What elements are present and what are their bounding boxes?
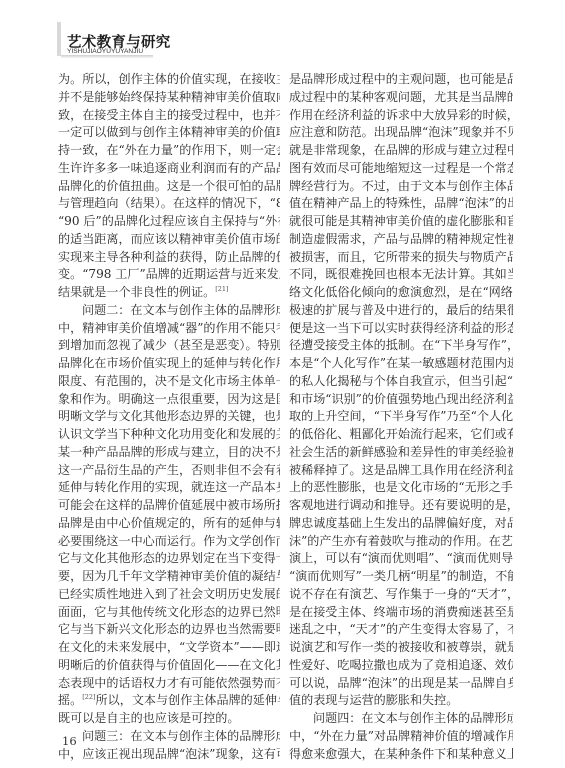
text-line: 认识文学当下种种文化功用变化和发展的关键。: [58, 426, 280, 444]
text-line: 到增加而忽视了减少（甚至是恶变）。特别是品牌、: [58, 337, 280, 355]
text-line: 态表现中的话语权力才有可能依然强势而不可动: [58, 675, 280, 693]
text-line: 问题四：在文本与创作主体的品牌形成过程: [289, 710, 513, 728]
text-segment: 摇。: [58, 693, 82, 707]
text-line: 是在接受主体、终端市场的消费痴迷甚至是消费: [289, 604, 513, 622]
text-line: 品牌化在市场价值实现上的延伸与转化作用是有: [58, 355, 280, 373]
text-segment: 极速的扩展与普及中进行的，最后的结果很可能: [289, 303, 513, 317]
text-segment: 一定可以做到与创作主体精神审美的价值取向保: [58, 125, 280, 139]
text-segment: 实现来主导各种利益的获得，防止品牌的价值恶: [58, 250, 280, 264]
text-segment: 中，“外在力量”对品牌精神价值的增减作用变: [289, 729, 513, 743]
text-line: 络文化低俗化倾向的愈演愈烈，是在“网络文化”: [289, 284, 513, 302]
text-line: 一定可以做到与创作主体精神审美的价值取向保: [58, 124, 280, 142]
text-segment: 必要围绕这一中心而运行。作为文学创作而言，: [58, 534, 280, 548]
text-segment: 的私人化揭秘与个体自我宣示，但当引起“注意”: [289, 374, 513, 388]
text-line: 象和作为。明确这一点很重要，因为这是匡定、: [58, 391, 280, 409]
left-text-column: 为。所以，创作主体的价值实现，在接收主体也并不是能够始终保持某种精神审美价值取向…: [58, 71, 280, 763]
text-segment: 值的表现与运营的膨胀和失控。: [289, 693, 458, 707]
text-line: 值的表现与运营的膨胀和失控。: [289, 692, 513, 710]
text-segment: 中，精神审美价值增减“器”的作用不能只考虑: [58, 321, 280, 335]
text-line: 持一致，在“外在力量”的作用下，则一定会发: [58, 142, 280, 160]
text-segment: 是品牌形成过程中的主观问题，也可能是品牌形: [289, 72, 513, 86]
text-line: 它与文化其他形态的边界划定在当下变得十分重: [58, 550, 280, 568]
text-segment: 性爱好、吃喝拉撒也成为了竞相追逐、效仿的目标。: [289, 658, 513, 672]
text-segment: 可能会在这样的品牌价值延展中被市场所拒绝。: [58, 498, 280, 512]
text-segment: 问题二：在文本与创作主体的品牌形成过程: [82, 303, 280, 317]
text-line: 摇。[22]所以，文本与创作主体品牌的延伸与转化，: [58, 692, 280, 710]
text-segment: 作用在经济利益的诉求中大放异彩的时候，就更: [289, 108, 513, 122]
text-segment: 它与文化其他形态的边界划定在当下变得十分重: [58, 551, 280, 565]
text-segment: 取的上升空间，“下半身写作”乃至“个人化写作”: [289, 409, 513, 423]
text-line: 的适当距离，而应该以精神审美价值市场的真正: [58, 231, 280, 249]
page-number: 16: [62, 734, 77, 748]
text-segment: 态表现中的话语权力才有可能依然强势而不可动: [58, 676, 280, 690]
text-line: “90 后”的品牌化过程应该自主保持与“外在力量”: [58, 213, 280, 231]
text-line: 中，精神审美价值增减“器”的作用不能只考虑: [58, 320, 280, 338]
text-segment: 演上，可以有“演而优则唱”、“演而优则导”、: [289, 551, 513, 565]
text-segment: 明晰后的价值获得与价值固化——在文化其他形: [58, 658, 280, 672]
text-segment: 沫”的产生亦有着鼓吹与推动的作用。在艺术表: [289, 534, 513, 548]
text-line: 图有效而尽可能地缩短这一过程是一个常态的品: [289, 160, 513, 178]
text-segment: 品牌是由中心价值规定的，所有的延伸与转化势: [58, 516, 280, 530]
header-accent-bar: [57, 22, 61, 56]
text-line: 并不是能够始终保持某种精神审美价值取向的一: [58, 89, 280, 107]
text-segment: 不同，既很难挽回也根本无法计算。其如当下网: [289, 267, 513, 281]
text-line: 已经实质性地进入到了社会文明历史发展的方方: [58, 586, 280, 604]
text-segment: 说不存在有演艺、写作集于一身的“天才”，而: [289, 587, 513, 601]
text-segment: 是在接受主体、终端市场的消费痴迷甚至是消费: [289, 605, 513, 619]
text-segment: 生许许多多一味追逐商业利润而有的产品品牌、: [58, 161, 280, 175]
text-segment: 限度、有范围的，决不是文化市场主体单一的想: [58, 374, 280, 388]
text-line: 变。“798 工厂”品牌的近期运营与近来发展的: [58, 266, 280, 284]
text-line: 致，在接受主体自主的接受过程中，也并不是就: [58, 107, 280, 125]
text-segment: 问题三：在文本与创作主体的品牌形成过程: [82, 729, 280, 743]
text-segment: 径遭受接受主体的抵制。在“下半身写作”，原: [289, 338, 513, 352]
text-segment: 面面，它与其他传统文化形态的边界已然明晰，: [58, 605, 280, 619]
text-segment: 牌忠诚度基础上生发出的品牌偏好度，对品牌“泡: [289, 516, 513, 530]
text-line: 极速的扩展与普及中进行的，最后的结果很可能: [289, 302, 513, 320]
text-segment: 与管理趋向（结果）。在这样的情况下，“80 后”、: [58, 196, 280, 210]
text-line: 可以说，品牌“泡沫”的出现是某一品牌自身价: [289, 675, 513, 693]
text-line: 结果就是一个非良性的例证。[21]: [58, 284, 280, 302]
text-segment: 说演艺和写作一类的被接收和被尊崇，就是其秉: [289, 640, 513, 654]
text-segment: 便是这一当下可以实时获得经济利益的形态或路: [289, 321, 513, 335]
text-line: 在文化的未来发展中，“文学资本”——即边界: [58, 639, 280, 657]
text-line: 就很可能是其精神审美价值的虚化膨胀和盲目地: [289, 213, 513, 231]
text-line: 品牌是由中心价值规定的，所有的延伸与转化势: [58, 515, 280, 533]
text-line: 某一种产品品牌的形成与建立，目的决不是为着: [58, 444, 280, 462]
text-segment: 明晰文学与文化其他形态边界的关键，也是正确: [58, 409, 280, 423]
text-segment: 牌经营行为。不过，由于文本与创作主体品牌价: [289, 179, 513, 193]
text-line: 与管理趋向（结果）。在这样的情况下，“80 后”、: [58, 195, 280, 213]
text-line: 牌忠诚度基础上生发出的品牌偏好度，对品牌“泡: [289, 515, 513, 533]
text-segment: 和市场“识别”的价值强势地凸现出经济利益获: [289, 392, 513, 406]
text-segment: 得愈来愈强大，在某种条件下和某种意义上，这: [289, 747, 513, 761]
text-line: 客观地进行调动和推导。还有要说明的是，在品: [289, 497, 513, 515]
text-line: 径遭受接受主体的抵制。在“下半身写作”，原: [289, 337, 513, 355]
text-segment: “演而优则写”一类几柄“明星”的制造，不能: [289, 569, 513, 583]
text-segment: 就是非常现象，在品牌的形成与建立过程中，试: [289, 143, 513, 157]
text-segment: 社会生活的新鲜感验和差异性的审美经验被遮蔽、: [289, 445, 513, 459]
text-segment: 到增加而忽视了减少（甚至是恶变）。特别是品牌、: [58, 338, 280, 352]
text-line: 明晰后的价值获得与价值固化——在文化其他形: [58, 657, 280, 675]
text-segment: 并不是能够始终保持某种精神审美价值取向的一: [58, 90, 280, 104]
text-segment: 值在精神产品上的特殊性，品牌“泡沫”的出现: [289, 196, 513, 210]
text-segment: 在文化的未来发展中，“文学资本”——即边界: [58, 640, 280, 654]
text-line: 被损害，而且，它所带来的损失与物质产品完全: [289, 249, 513, 267]
text-segment: 所以，文本与创作主体品牌的延伸与转化，: [96, 693, 280, 707]
text-segment: 认识文学当下种种文化功用变化和发展的关键。: [58, 427, 280, 441]
text-segment: 可以说，品牌“泡沫”的出现是某一品牌自身价: [289, 676, 513, 690]
text-line: 牌经营行为。不过，由于文本与创作主体品牌价: [289, 178, 513, 196]
text-line: 便是这一当下可以实时获得经济利益的形态或路: [289, 320, 513, 338]
text-line: 作用在经济利益的诉求中大放异彩的时候，就更: [289, 107, 513, 125]
text-line: 可能会在这样的品牌价值延展中被市场所拒绝。: [58, 497, 280, 515]
text-line: 演上，可以有“演而优则唱”、“演而优则导”、: [289, 550, 513, 568]
text-segment: “90 后”的品牌化过程应该自主保持与“外在力量”: [58, 214, 280, 228]
text-segment: 络文化低俗化倾向的愈演愈烈，是在“网络文化”: [289, 285, 513, 299]
text-line: 取的上升空间，“下半身写作”乃至“个人化写作”: [289, 408, 513, 426]
text-segment: 致，在接受主体自主的接受过程中，也并不是就: [58, 108, 280, 122]
text-line: 这一产品衍生品的产生，否则非但不会有着品牌: [58, 462, 280, 480]
text-line: 中，“外在力量”对品牌精神价值的增减作用变: [289, 728, 513, 746]
text-segment: 结果就是一个非良性的例证。: [58, 285, 215, 299]
text-segment: 为。所以，创作主体的价值实现，在接收主体也: [58, 72, 280, 86]
text-segment: 这一产品衍生品的产生，否则非但不会有着品牌: [58, 463, 280, 477]
text-segment: 应注意和防范。出现品牌“泡沫”现象并不见得: [289, 125, 513, 139]
text-segment: 品牌化在市场价值实现上的延伸与转化作用是有: [58, 356, 280, 370]
text-segment: 它与当下新兴文化形态的边界也当然需要明晰。: [58, 622, 280, 636]
text-line: 它与当下新兴文化形态的边界也当然需要明晰。: [58, 621, 280, 639]
text-line: 成过程中的某种客观问题，尤其是当品牌的工具: [289, 89, 513, 107]
text-segment: 既可以是自主的也应该是可控的。: [58, 711, 239, 725]
text-line: 限度、有范围的，决不是文化市场主体单一的想: [58, 373, 280, 391]
text-segment: 已经实质性地进入到了社会文明历史发展的方方: [58, 587, 280, 601]
text-line: 不同，既很难挽回也根本无法计算。其如当下网: [289, 266, 513, 284]
text-line: 的低俗化、粗鄙化开始流行起来，它们或有着的: [289, 426, 513, 444]
text-line: 要，因为几千年文学精神审美价值的凝结与固化，: [58, 568, 280, 586]
text-line: 既可以是自主的也应该是可控的。: [58, 710, 280, 728]
text-segment: 要，因为几千年文学精神审美价值的凝结与固化，: [58, 569, 280, 583]
text-line: 值在精神产品上的特殊性，品牌“泡沫”的出现: [289, 195, 513, 213]
text-line: 实现来主导各种利益的获得，防止品牌的价值恶: [58, 249, 280, 267]
text-segment: 问题四：在文本与创作主体的品牌形成过程: [313, 711, 513, 725]
text-segment: 客观地进行调动和推导。还有要说明的是，在品: [289, 498, 513, 512]
text-segment: 的低俗化、粗鄙化开始流行起来，它们或有着的: [289, 427, 513, 441]
citation-marker: [22]: [82, 693, 95, 701]
text-segment: 延伸与转化作用的实现，就连这一产品本身也很: [58, 480, 280, 494]
text-line: 品牌化的价值扭曲。这是一个很可怕的品牌经营: [58, 178, 280, 196]
text-line: 和市场“识别”的价值强势地凸现出经济利益获: [289, 391, 513, 409]
text-line: 的私人化揭秘与个体自我宣示，但当引起“注意”: [289, 373, 513, 391]
text-segment: 的适当距离，而应该以精神审美价值市场的真正: [58, 232, 280, 246]
text-line: 说演艺和写作一类的被接收和被尊崇，就是其秉: [289, 639, 513, 657]
text-line: 是品牌形成过程中的主观问题，也可能是品牌形: [289, 71, 513, 89]
text-line: 上的恶性膨胀，也是文化市场的“无形之手”在: [289, 479, 513, 497]
text-line: 中，应该正视出现品牌“泡沫”现象，这有可能: [58, 746, 280, 764]
text-segment: 就很可能是其精神审美价值的虚化膨胀和盲目地: [289, 214, 513, 228]
text-line: 被稀释掉了。这是品牌工具作用在经济利益获取: [289, 462, 513, 480]
text-line: 沫”的产生亦有着鼓吹与推动的作用。在艺术表: [289, 533, 513, 551]
text-line: 本是“个人化写作”在某一敏感题材范围内进行: [289, 355, 513, 373]
text-line: 为。所以，创作主体的价值实现，在接收主体也: [58, 71, 280, 89]
text-line: 生许许多多一味追逐商业利润而有的产品品牌、: [58, 160, 280, 178]
text-line: “演而优则写”一类几柄“明星”的制造，不能: [289, 568, 513, 586]
text-segment: 迷乱之中，“天才”的产生变得太容易了，不要: [289, 622, 513, 636]
text-line: 明晰文学与文化其他形态边界的关键，也是正确: [58, 408, 280, 426]
text-line: 社会生活的新鲜感验和差异性的审美经验被遮蔽、: [289, 444, 513, 462]
text-line: 面面，它与其他传统文化形态的边界已然明晰，: [58, 604, 280, 622]
journal-pinyin: YISHUJIAOYUYUYANJIU: [67, 48, 143, 55]
text-segment: 持一致，在“外在力量”的作用下，则一定会发: [58, 143, 280, 157]
text-segment: 象和作为。明确这一点很重要，因为这是匡定、: [58, 392, 280, 406]
text-segment: 成过程中的某种客观问题，尤其是当品牌的工具: [289, 90, 513, 104]
text-segment: 某一种产品品牌的形成与建立，目的决不是为着: [58, 445, 280, 459]
text-line: 性爱好、吃喝拉撒也成为了竞相追逐、效仿的目标。: [289, 657, 513, 675]
citation-marker: [21]: [215, 285, 228, 293]
text-segment: 品牌化的价值扭曲。这是一个很可怕的品牌经营: [58, 179, 280, 193]
right-text-column: 是品牌形成过程中的主观问题，也可能是品牌形成过程中的某种客观问题，尤其是当品牌的…: [289, 71, 513, 763]
text-line: 就是非常现象，在品牌的形成与建立过程中，试: [289, 142, 513, 160]
text-segment: 本是“个人化写作”在某一敏感题材范围内进行: [289, 356, 513, 370]
text-line: 应注意和防范。出现品牌“泡沫”现象并不见得: [289, 124, 513, 142]
text-line: 迷乱之中，“天才”的产生变得太容易了，不要: [289, 621, 513, 639]
text-segment: 制造虚假需求，产品与品牌的精神规定性被逾越、: [289, 232, 513, 246]
text-line: 制造虚假需求，产品与品牌的精神规定性被逾越、: [289, 231, 513, 249]
text-segment: 被稀释掉了。这是品牌工具作用在经济利益获取: [289, 463, 513, 477]
text-segment: 中，应该正视出现品牌“泡沫”现象，这有可能: [58, 747, 280, 761]
text-line: 问题三：在文本与创作主体的品牌形成过程: [58, 728, 280, 746]
text-segment: 图有效而尽可能地缩短这一过程是一个常态的品: [289, 161, 513, 175]
text-line: 说不存在有演艺、写作集于一身的“天才”，而: [289, 586, 513, 604]
text-line: 问题二：在文本与创作主体的品牌形成过程: [58, 302, 280, 320]
journal-header: 艺术教育与研究 YISHUJIAOYUYUYANJIU: [57, 22, 152, 58]
text-line: 必要围绕这一中心而运行。作为文学创作而言，: [58, 533, 280, 551]
text-segment: 变。“798 工厂”品牌的近期运营与近来发展的: [58, 267, 280, 281]
text-line: 延伸与转化作用的实现，就连这一产品本身也很: [58, 479, 280, 497]
text-segment: 被损害，而且，它所带来的损失与物质产品完全: [289, 250, 513, 264]
text-line: 得愈来愈强大，在某种条件下和某种意义上，这: [289, 746, 513, 764]
header-underline: [61, 55, 153, 58]
text-segment: 上的恶性膨胀，也是文化市场的“无形之手”在: [289, 480, 513, 494]
